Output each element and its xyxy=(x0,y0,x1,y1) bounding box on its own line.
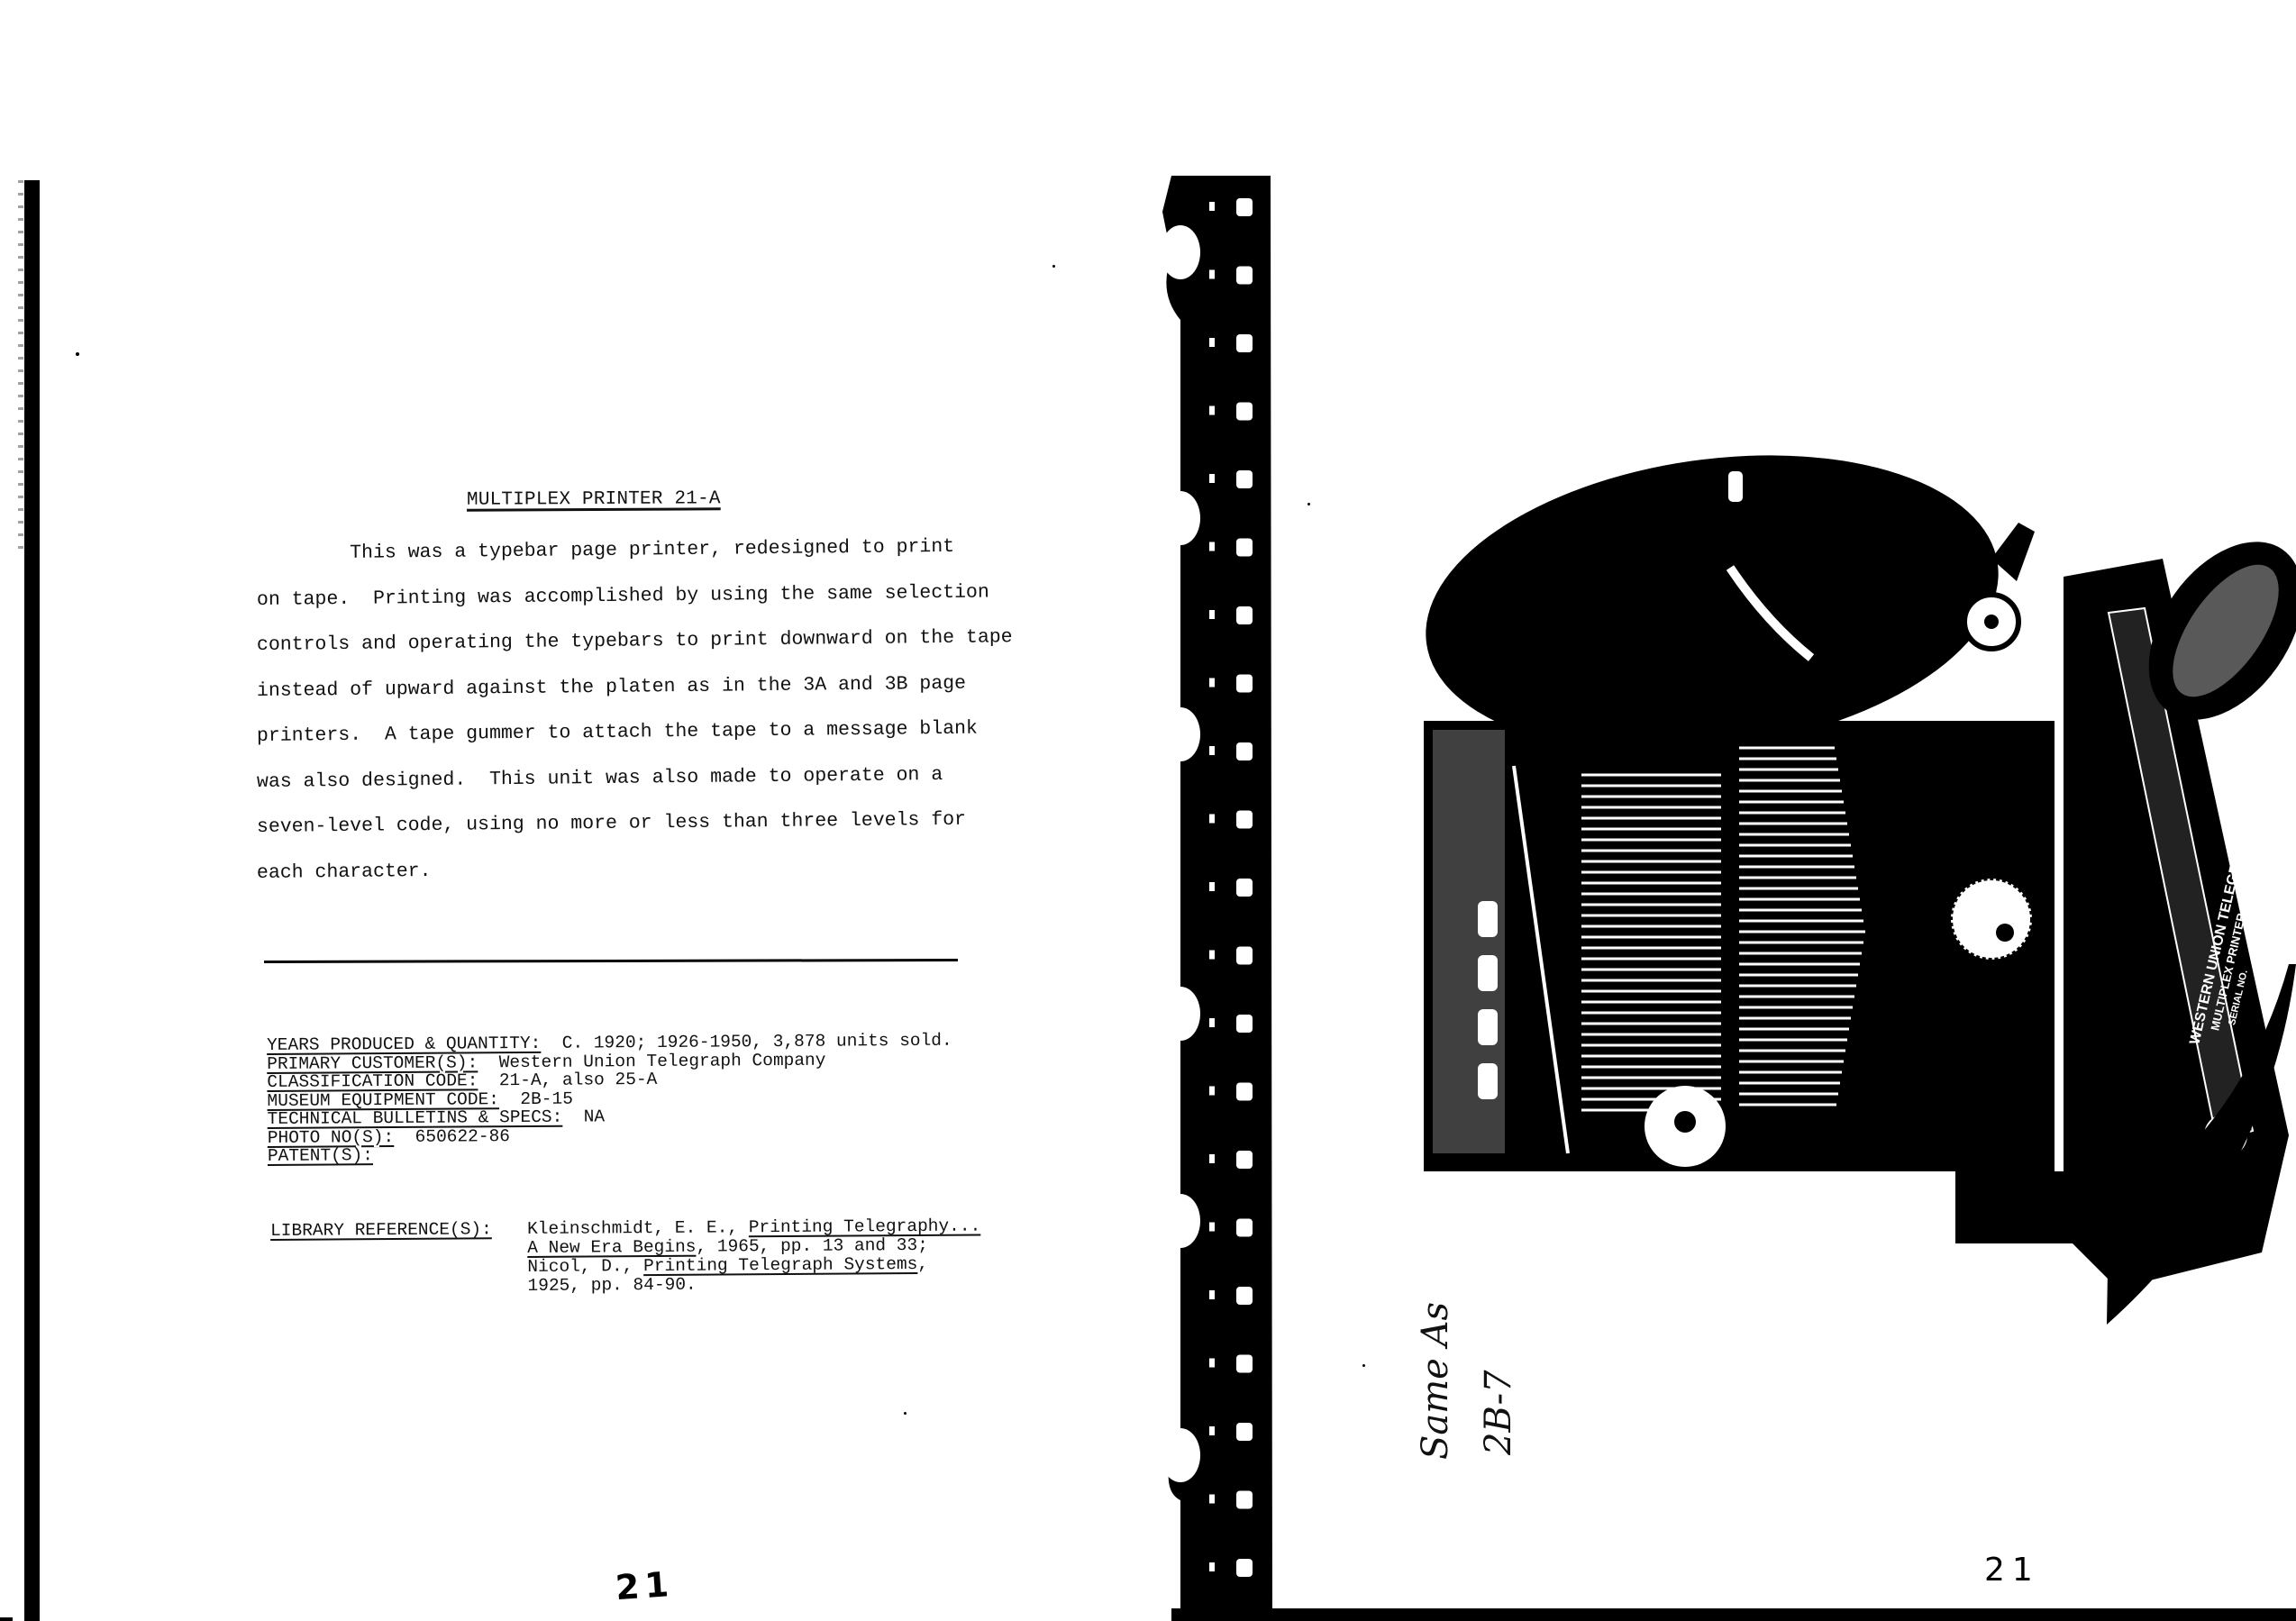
spec-value: 650622-86 xyxy=(394,1126,510,1147)
printer-photo: WESTERN UNION TELEGRAPH CO. MULTIPLEX PR… xyxy=(1415,451,2296,1406)
paragraph-line: on tape. Printing was accomplished by us… xyxy=(257,581,989,611)
library-reference-list: Kleinschmidt, E. E., Printing Telegraphy… xyxy=(527,1216,1069,1296)
paragraph-line: seven-level code, using no more or less … xyxy=(257,809,966,838)
annotation-line-1: Same As xyxy=(1415,1302,1456,1460)
punched-tape-strip xyxy=(1153,176,1289,1621)
spec-label: PATENT(S): xyxy=(268,1145,373,1166)
library-label: LIBRARY REFERENCE(S): xyxy=(270,1220,492,1241)
scan-speck xyxy=(1307,503,1310,505)
spec-value: NA xyxy=(562,1106,605,1126)
reference-line: 1925, pp. 84-90. xyxy=(527,1273,1068,1296)
section-divider xyxy=(264,959,958,963)
handwritten-annotation: Same As 2B-7 xyxy=(1388,1261,1541,1487)
document-title: MULTIPLEX PRINTER 21-A xyxy=(467,488,721,510)
paragraph-line: each character. xyxy=(257,860,432,883)
scan-speck xyxy=(904,1412,907,1415)
scan-speck xyxy=(1362,1364,1365,1367)
paragraph-line: was also designed. This unit was also ma… xyxy=(257,764,943,793)
page-number-right: 21 xyxy=(1984,1552,2040,1589)
spec-label: TECHNICAL BULLETINS & SPECS: xyxy=(268,1107,563,1129)
scan-edge-marks xyxy=(18,180,23,559)
spec-fields: YEARS PRODUCED & QUANTITY: C. 1920; 1926… xyxy=(267,1032,953,1166)
annotation-line-2: 2B-7 xyxy=(1478,1370,1519,1455)
spec-value: 21-A, also 25-A xyxy=(478,1070,657,1090)
spec-row: PATENT(S): xyxy=(268,1143,953,1166)
spec-label: PHOTO NO(S): xyxy=(268,1127,395,1148)
paragraph-line: printers. A tape gummer to attach the ta… xyxy=(257,718,978,747)
binding-bar xyxy=(24,180,40,1621)
paragraph-line: instead of upward against the platen as … xyxy=(257,672,966,701)
paragraph-line: This was a typebar page printer, redesig… xyxy=(257,536,954,565)
page-number-left: 21 xyxy=(615,1564,676,1607)
paragraph-line: controls and operating the typebars to p… xyxy=(257,626,1013,656)
scan-mark xyxy=(0,1617,13,1621)
scan-speck xyxy=(76,352,79,356)
spec-value: 2B-15 xyxy=(499,1088,573,1109)
scan-speck xyxy=(1052,265,1055,268)
page-bottom-border xyxy=(1171,1608,2296,1621)
